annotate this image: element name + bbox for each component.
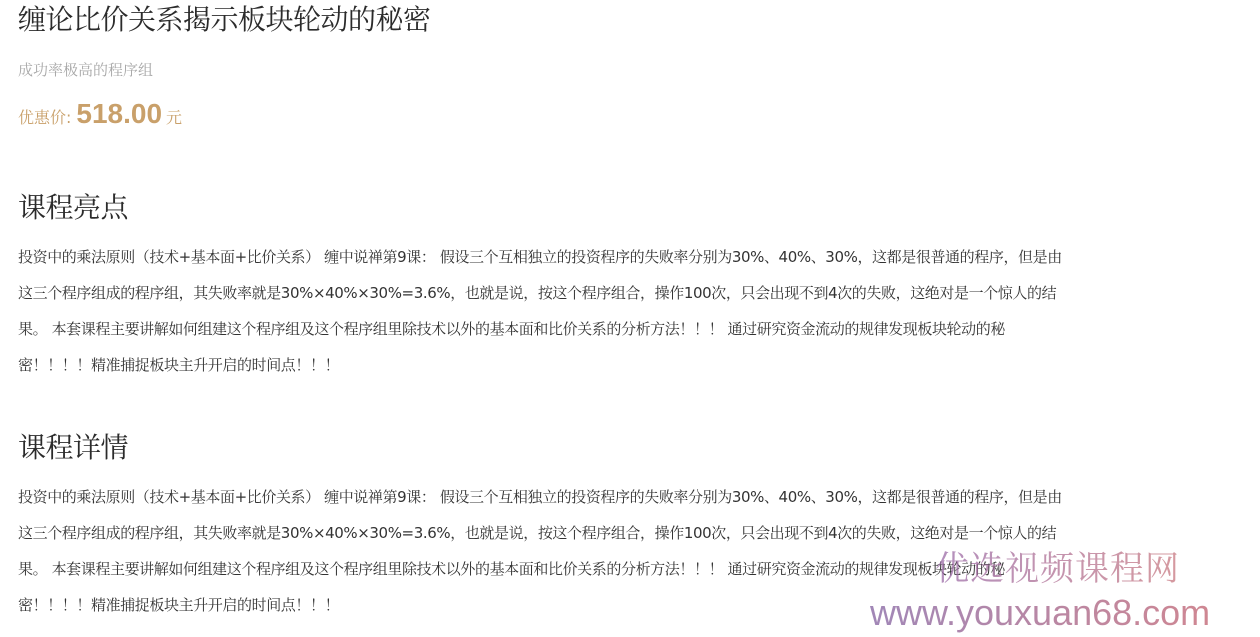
details-paragraph: 投资中的乘法原则（技术+基本面+比价关系） 缠中说禅第9课： 假设三个互相独立的…	[18, 479, 1258, 623]
paragraph-line: 投资中的乘法原则（技术+基本面+比价关系） 缠中说禅第9课： 假设三个互相独立的…	[18, 239, 1258, 275]
paragraph-line: 这三个程序组成的程序组，其失败率就是30%×40%×30%=3.6%，也就是说，…	[18, 275, 1258, 311]
section-heading-details: 课程详情	[18, 428, 128, 468]
course-title: 缠论比价关系揭示板块轮动的秘密	[18, 0, 431, 40]
paragraph-line: 密！！！！精准捕捉板块主升开启的时间点！！！	[18, 587, 1258, 623]
price-label: 优惠价:	[18, 105, 71, 128]
course-subtitle: 成功率极高的程序组	[18, 58, 153, 82]
price-value: 518.00	[76, 98, 162, 130]
highlights-paragraph: 投资中的乘法原则（技术+基本面+比价关系） 缠中说禅第9课： 假设三个互相独立的…	[18, 239, 1258, 383]
paragraph-line: 这三个程序组成的程序组，其失败率就是30%×40%×30%=3.6%，也就是说，…	[18, 515, 1258, 551]
paragraph-line: 密！！！！精准捕捉板块主升开启的时间点！！！	[18, 347, 1258, 383]
paragraph-line: 投资中的乘法原则（技术+基本面+比价关系） 缠中说禅第9课： 假设三个互相独立的…	[18, 479, 1258, 515]
price-unit: 元	[166, 105, 182, 128]
price-row: 优惠价: 518.00 元	[18, 98, 182, 138]
paragraph-line: 果。 本套课程主要讲解如何组建这个程序组及这个程序组里除技术以外的基本面和比价关…	[18, 551, 1258, 587]
paragraph-line: 果。 本套课程主要讲解如何组建这个程序组及这个程序组里除技术以外的基本面和比价关…	[18, 311, 1258, 347]
section-heading-highlights: 课程亮点	[18, 188, 128, 228]
